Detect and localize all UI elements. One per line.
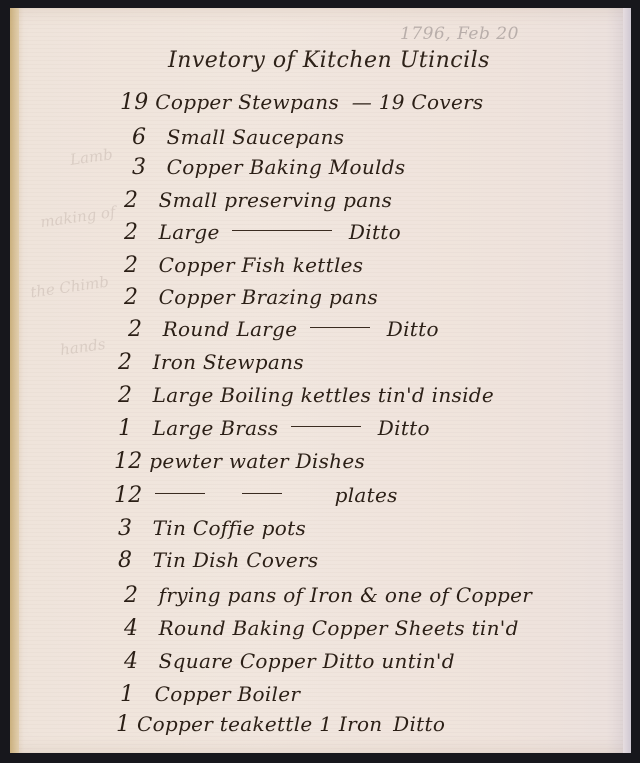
item-description: Copper teakettle 1 Iron — [137, 712, 382, 736]
list-item: 2 Copper Fish kettles — [124, 253, 363, 278]
list-item: 1 Large Brass Ditto — [118, 416, 430, 441]
item-description: Copper Fish kettles — [159, 253, 364, 277]
item-description: Small Saucepans — [167, 125, 345, 149]
item-note: — 19 Covers — [352, 90, 484, 114]
scan-frame: Lamb making of the Chimb hands 1796, Feb… — [0, 0, 640, 763]
item-ditto: Ditto — [378, 416, 430, 440]
item-description: Tin Coffie pots — [153, 516, 306, 540]
item-quantity: 19 — [120, 90, 149, 115]
list-item: 12 pewter water Dishes — [114, 449, 365, 474]
list-item: 6 Small Saucepans — [132, 125, 344, 150]
list-item: 2 Round Large Ditto — [128, 317, 439, 342]
list-item: 4 Square Copper Ditto untin'd — [124, 649, 455, 674]
list-item: 8 Tin Dish Covers — [118, 548, 318, 573]
ditto-dash — [242, 493, 282, 494]
list-item: 12 plates — [114, 483, 398, 508]
item-description: plates — [335, 483, 398, 507]
item-quantity: 2 — [124, 220, 152, 245]
item-quantity: 1 — [118, 416, 146, 441]
list-item: 3 Copper Baking Moulds — [132, 155, 405, 180]
item-description: Large Brass — [153, 416, 279, 440]
item-quantity: 1 — [116, 712, 130, 737]
item-quantity: 2 — [118, 350, 146, 375]
list-item: 2 Large Ditto — [124, 220, 401, 245]
ditto-dash — [310, 327, 370, 328]
item-description: Large — [159, 220, 220, 244]
item-description: pewter water Dishes — [149, 449, 365, 473]
item-quantity: 3 — [132, 155, 160, 180]
ditto-dash — [291, 426, 361, 427]
item-description: Large Boiling kettles tin'd inside — [153, 383, 494, 407]
item-quantity: 1 — [120, 682, 148, 707]
item-description: Tin Dish Covers — [153, 548, 319, 572]
item-ditto: Ditto — [349, 220, 401, 244]
item-quantity: 12 — [114, 483, 143, 508]
item-description: Copper Brazing pans — [159, 285, 378, 309]
list-item: 2 Copper Brazing pans — [124, 285, 378, 310]
inventory-list: 19 Copper Stewpans — 19 Covers 6 Small S… — [10, 8, 631, 753]
manuscript-page: Lamb making of the Chimb hands 1796, Feb… — [10, 8, 631, 753]
item-quantity: 2 — [118, 383, 146, 408]
list-item: 2 Large Boiling kettles tin'd inside — [118, 383, 494, 408]
item-quantity: 2 — [124, 285, 152, 310]
item-description: Square Copper Ditto untin'd — [159, 649, 455, 673]
ditto-dash — [155, 493, 205, 494]
list-item: 19 Copper Stewpans — 19 Covers — [120, 90, 484, 115]
item-description: Round Baking Copper Sheets tin'd — [159, 616, 519, 640]
item-quantity: 6 — [132, 125, 160, 150]
item-quantity: 2 — [124, 253, 152, 278]
list-item: 2 frying pans of Iron & one of Copper — [124, 583, 532, 608]
item-ditto: Ditto — [393, 712, 445, 736]
list-item: 1 Copper teakettle 1 Iron Ditto — [116, 712, 445, 737]
list-item: 3 Tin Coffie pots — [118, 516, 306, 541]
list-item: 1 Copper Boiler — [120, 682, 300, 707]
item-quantity: 2 — [124, 583, 152, 608]
item-quantity: 12 — [114, 449, 143, 474]
item-quantity: 3 — [118, 516, 146, 541]
list-item: 2 Small preserving pans — [124, 188, 392, 213]
item-quantity: 8 — [118, 548, 146, 573]
item-description: Iron Stewpans — [153, 350, 304, 374]
item-description: Round Large — [163, 317, 298, 341]
item-description: frying pans of Iron & one of Copper — [159, 583, 532, 607]
item-quantity: 4 — [124, 649, 152, 674]
item-quantity: 2 — [124, 188, 152, 213]
item-quantity: 4 — [124, 616, 152, 641]
item-quantity: 2 — [128, 317, 156, 342]
item-description: Copper Stewpans — [155, 90, 339, 114]
item-description: Copper Boiler — [155, 682, 301, 706]
list-item: 4 Round Baking Copper Sheets tin'd — [124, 616, 519, 641]
list-item: 2 Iron Stewpans — [118, 350, 304, 375]
ditto-dash — [232, 230, 332, 231]
item-description: Small preserving pans — [159, 188, 393, 212]
item-description: Copper Baking Moulds — [167, 155, 406, 179]
item-ditto: Ditto — [387, 317, 439, 341]
